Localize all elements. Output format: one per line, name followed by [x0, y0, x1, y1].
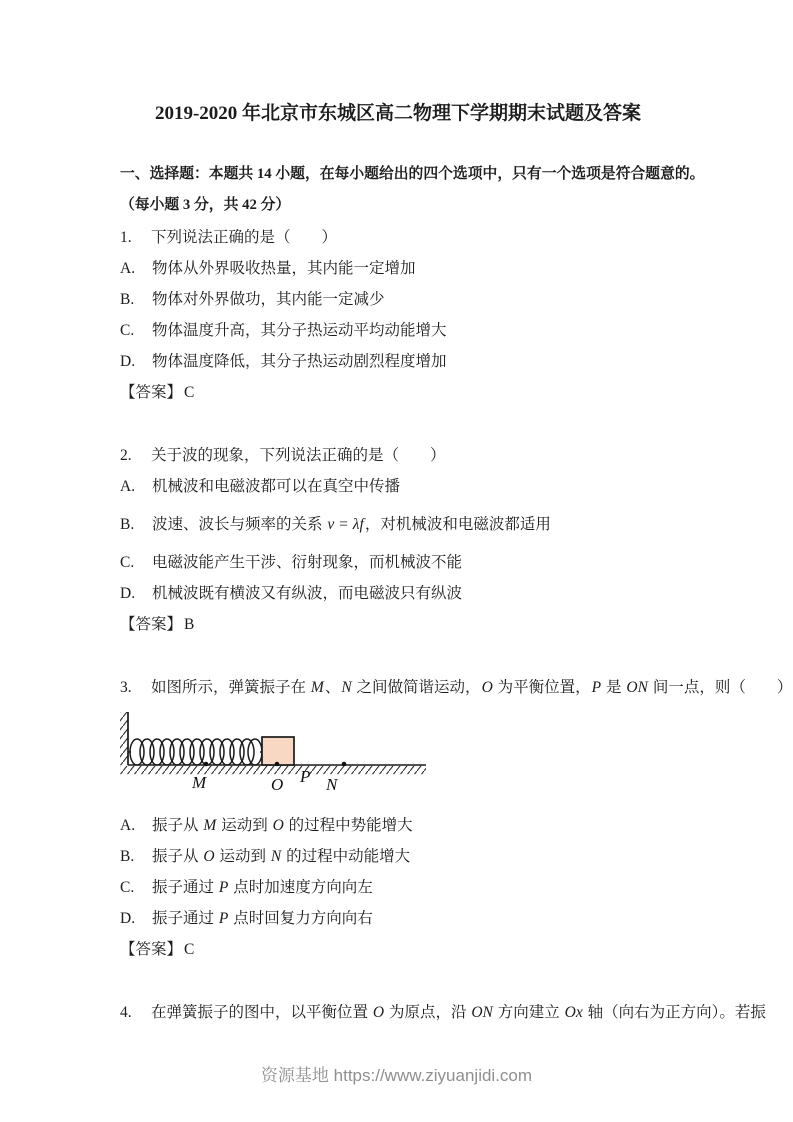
option-label: A. [120, 258, 152, 279]
question-stem: 4.在弹簧振子的图中，以平衡位置 O 为原点，沿 ON 方向建立 Ox 轴（向右… [120, 1002, 676, 1023]
wall-hatch [120, 712, 128, 765]
option-text: 电磁波能产生干涉、衍射现象，而机械波不能 [152, 554, 462, 571]
option-text: 波速、波长与频率的关系 v = λf，对机械波和电磁波都适用 [152, 516, 551, 533]
option-text: 物体温度升高，其分子热运动平均动能增大 [152, 322, 447, 339]
answer-row: 【答案】B [120, 614, 676, 635]
answer-label: 【答案】 [120, 616, 182, 633]
option-label: D. [120, 908, 152, 929]
question-number: 1. [120, 227, 151, 248]
answer-label: 【答案】 [120, 941, 182, 958]
option-text: 振子通过 P 点时回复力方向向右 [152, 910, 373, 927]
figure-label-M: M [191, 773, 207, 792]
option-label: D. [120, 351, 152, 372]
answer-value: B [184, 616, 194, 633]
spring-oscillator-figure: M O P N [116, 708, 676, 803]
option-label: B. [120, 289, 152, 310]
question-number: 2. [120, 445, 151, 466]
question-stem-text: 关于波的现象，下列说法正确的是（ ） [151, 447, 446, 464]
answer-value: C [184, 384, 194, 401]
option-row: A.振子从 M 运动到 O 的过程中势能增大 [120, 815, 676, 836]
option-row: D.机械波既有横波又有纵波，而电磁波只有纵波 [120, 583, 676, 604]
point-dot-N [342, 762, 347, 767]
option-label: B. [120, 514, 152, 535]
question-number: 3. [120, 677, 151, 698]
answer-row: 【答案】C [120, 939, 676, 960]
question-stem: 2.关于波的现象，下列说法正确的是（ ） [120, 445, 676, 466]
option-text: 物体对外界做功，其内能一定减少 [152, 291, 385, 308]
option-text: 振子从 O 运动到 N 的过程中动能增大 [152, 848, 410, 865]
question-number: 4. [120, 1002, 151, 1023]
ground-hatch [120, 766, 426, 774]
document-content: 2019-2020 年北京市东城区高二物理下学期期末试题及答案 一、选择题：本题… [120, 101, 676, 1033]
point-dot-M [204, 762, 209, 767]
option-row: C.振子通过 P 点时加速度方向向左 [120, 877, 676, 898]
option-text: 物体从外界吸收热量，其内能一定增加 [152, 260, 416, 277]
option-row: A.机械波和电磁波都可以在真空中传播 [120, 476, 676, 497]
point-dot-O [275, 762, 280, 767]
oscillator-block [262, 737, 294, 765]
option-label: A. [120, 476, 152, 497]
question-3: 3.如图所示，弹簧振子在 M、N 之间做简谐运动，O 为平衡位置，P 是 ON … [120, 677, 676, 960]
question-stem: 3.如图所示，弹簧振子在 M、N 之间做简谐运动，O 为平衡位置，P 是 ON … [120, 677, 676, 698]
option-label: A. [120, 815, 152, 836]
figure-label-P: P [299, 767, 310, 786]
option-row: C.物体温度升高，其分子热运动平均动能增大 [120, 320, 676, 341]
question-stem-text: 在弹簧振子的图中，以平衡位置 O 为原点，沿 ON 方向建立 Ox 轴（向右为正… [151, 1004, 766, 1021]
option-label: B. [120, 846, 152, 867]
page-title: 2019-2020 年北京市东城区高二物理下学期期末试题及答案 [120, 101, 676, 127]
spring-oscillator-figure-svg: M O P N [116, 708, 446, 803]
option-label: D. [120, 583, 152, 604]
question-4: 4.在弹簧振子的图中，以平衡位置 O 为原点，沿 ON 方向建立 Ox 轴（向右… [120, 1002, 676, 1023]
question-1: 1.下列说法正确的是（ ） A.物体从外界吸收热量，其内能一定增加 B.物体对外… [120, 227, 676, 403]
option-text: 机械波和电磁波都可以在真空中传播 [152, 478, 400, 495]
option-text: 振子通过 P 点时加速度方向向左 [152, 879, 373, 896]
option-text: 机械波既有横波又有纵波，而电磁波只有纵波 [152, 585, 462, 602]
question-stem-text: 如图所示，弹簧振子在 M、N 之间做简谐运动，O 为平衡位置，P 是 ON 间一… [151, 679, 792, 696]
answer-value: C [184, 941, 194, 958]
answer-label: 【答案】 [120, 384, 182, 401]
exam-page: 2019-2020 年北京市东城区高二物理下学期期末试题及答案 一、选择题：本题… [0, 0, 793, 1122]
option-row: D.物体温度降低，其分子热运动剧烈程度增加 [120, 351, 676, 372]
section-heading-line1: 一、选择题：本题共 14 小题，在每小题给出的四个选项中，只有一个选项是符合题意… [120, 164, 676, 185]
option-row: D.振子通过 P 点时回复力方向向右 [120, 908, 676, 929]
answer-row: 【答案】C [120, 382, 676, 403]
option-row: C.电磁波能产生干涉、衍射现象，而机械波不能 [120, 552, 676, 573]
option-row: B.波速、波长与频率的关系 v = λf，对机械波和电磁波都适用 [120, 514, 676, 535]
option-label: C. [120, 320, 152, 341]
figure-label-O: O [271, 775, 283, 794]
option-row: B.振子从 O 运动到 N 的过程中动能增大 [120, 846, 676, 867]
option-text: 振子从 M 运动到 O 的过程中势能增大 [152, 817, 413, 834]
section-heading-line2: （每小题 3 分，共 42 分） [120, 195, 676, 216]
question-stem: 1.下列说法正确的是（ ） [120, 227, 676, 248]
footer-watermark: 资源基地 https://www.ziyuanjidi.com [0, 1064, 793, 1088]
figure-label-N: N [325, 775, 339, 794]
option-row: A.物体从外界吸收热量，其内能一定增加 [120, 258, 676, 279]
option-text: 物体温度降低，其分子热运动剧烈程度增加 [152, 353, 447, 370]
question-2: 2.关于波的现象，下列说法正确的是（ ） A.机械波和电磁波都可以在真空中传播 … [120, 445, 676, 635]
option-row: B.物体对外界做功，其内能一定减少 [120, 289, 676, 310]
question-stem-text: 下列说法正确的是（ ） [151, 229, 337, 246]
option-label: C. [120, 877, 152, 898]
spring-coils [128, 739, 263, 765]
option-label: C. [120, 552, 152, 573]
